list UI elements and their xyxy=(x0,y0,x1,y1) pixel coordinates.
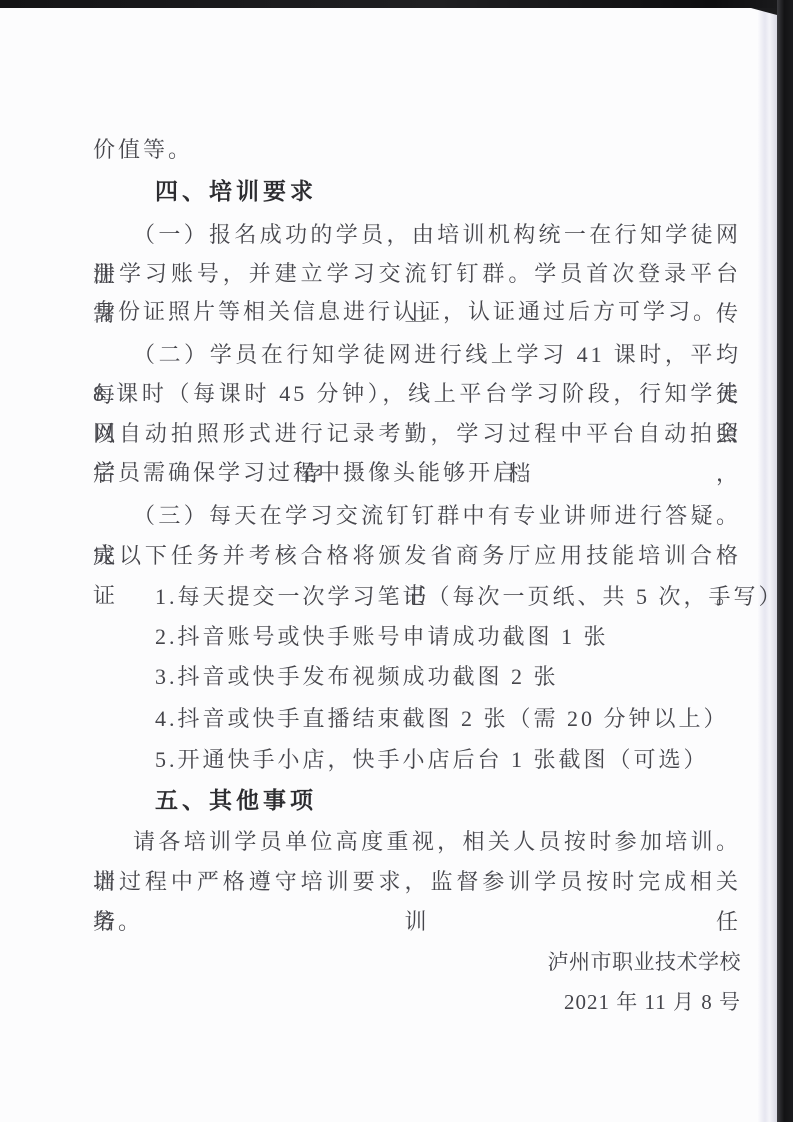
para-3-line-1: （三）每天在学习交流钉钉群中有专业讲师进行答疑。完 xyxy=(93,496,741,536)
scanned-document-page: 价值等。 四、培训要求 （一）报名成功的学员，由培训机构统一在行知学徒网注 册学… xyxy=(0,0,793,1122)
section-heading-4-training-requirements: 四、培训要求 xyxy=(93,171,741,211)
section-heading-5-other-matters: 五、其他事项 xyxy=(93,780,741,820)
paragraph-closing-line: 价值等。 xyxy=(93,130,741,170)
task-item-4: 4.抖音或快手直播结束截图 2 张（需 20 分钟以上） xyxy=(93,699,741,739)
para-1-line-1: （一）报名成功的学员，由培训机构统一在行知学徒网注 xyxy=(93,215,741,255)
para-2-line-2: 8 课时（每课时 45 分钟），线上平台学习阶段，行知学徒网会 xyxy=(93,374,741,414)
para-2-line-1: （二）学员在行知学徒网进行线上学习 41 课时，平均每天 xyxy=(93,335,741,375)
signature-date: 2021 年 11 月 8 号 xyxy=(93,982,793,1022)
para-2-line-4: 学员需确保学习过程中摄像头能够开启。 xyxy=(93,453,741,493)
scan-corner-artifact xyxy=(751,8,777,15)
signature-organization: 泸州市职业技术学校 xyxy=(93,942,793,982)
para-1-line-3: 身份证照片等相关信息进行认证，认证通过后方可学习。 xyxy=(93,292,741,332)
task-item-3: 3.抖音或快手发布视频成功截图 2 张 xyxy=(93,657,741,697)
para-1-line-2: 册学习账号，并建立学习交流钉钉群。学员首次登录平台需上传 xyxy=(93,254,741,294)
para-4-line-1: 请各培训学员单位高度重视，相关人员按时参加培训。培 xyxy=(93,822,741,862)
task-item-2: 2.抖音账号或快手账号申请成功截图 1 张 xyxy=(93,617,741,657)
task-item-1: 1.每天提交一次学习笔记（每次一页纸、共 5 次，手写） xyxy=(93,577,741,617)
para-2-line-3: 以自动拍照形式进行记录考勤，学习过程中平台自动拍照后存档， xyxy=(93,414,741,454)
scan-top-border xyxy=(0,0,793,8)
para-4-line-3: 务。 xyxy=(93,902,741,942)
para-4-line-2: 训过程中严格遵守培训要求，监督参训学员按时完成相关培训任 xyxy=(93,862,741,902)
para-3-line-2: 成以下任务并考核合格将颁发省商务厅应用技能培训合格证书。 xyxy=(93,536,741,576)
task-item-5: 5.开通快手小店，快手小店后台 1 张截图（可选） xyxy=(93,740,741,780)
